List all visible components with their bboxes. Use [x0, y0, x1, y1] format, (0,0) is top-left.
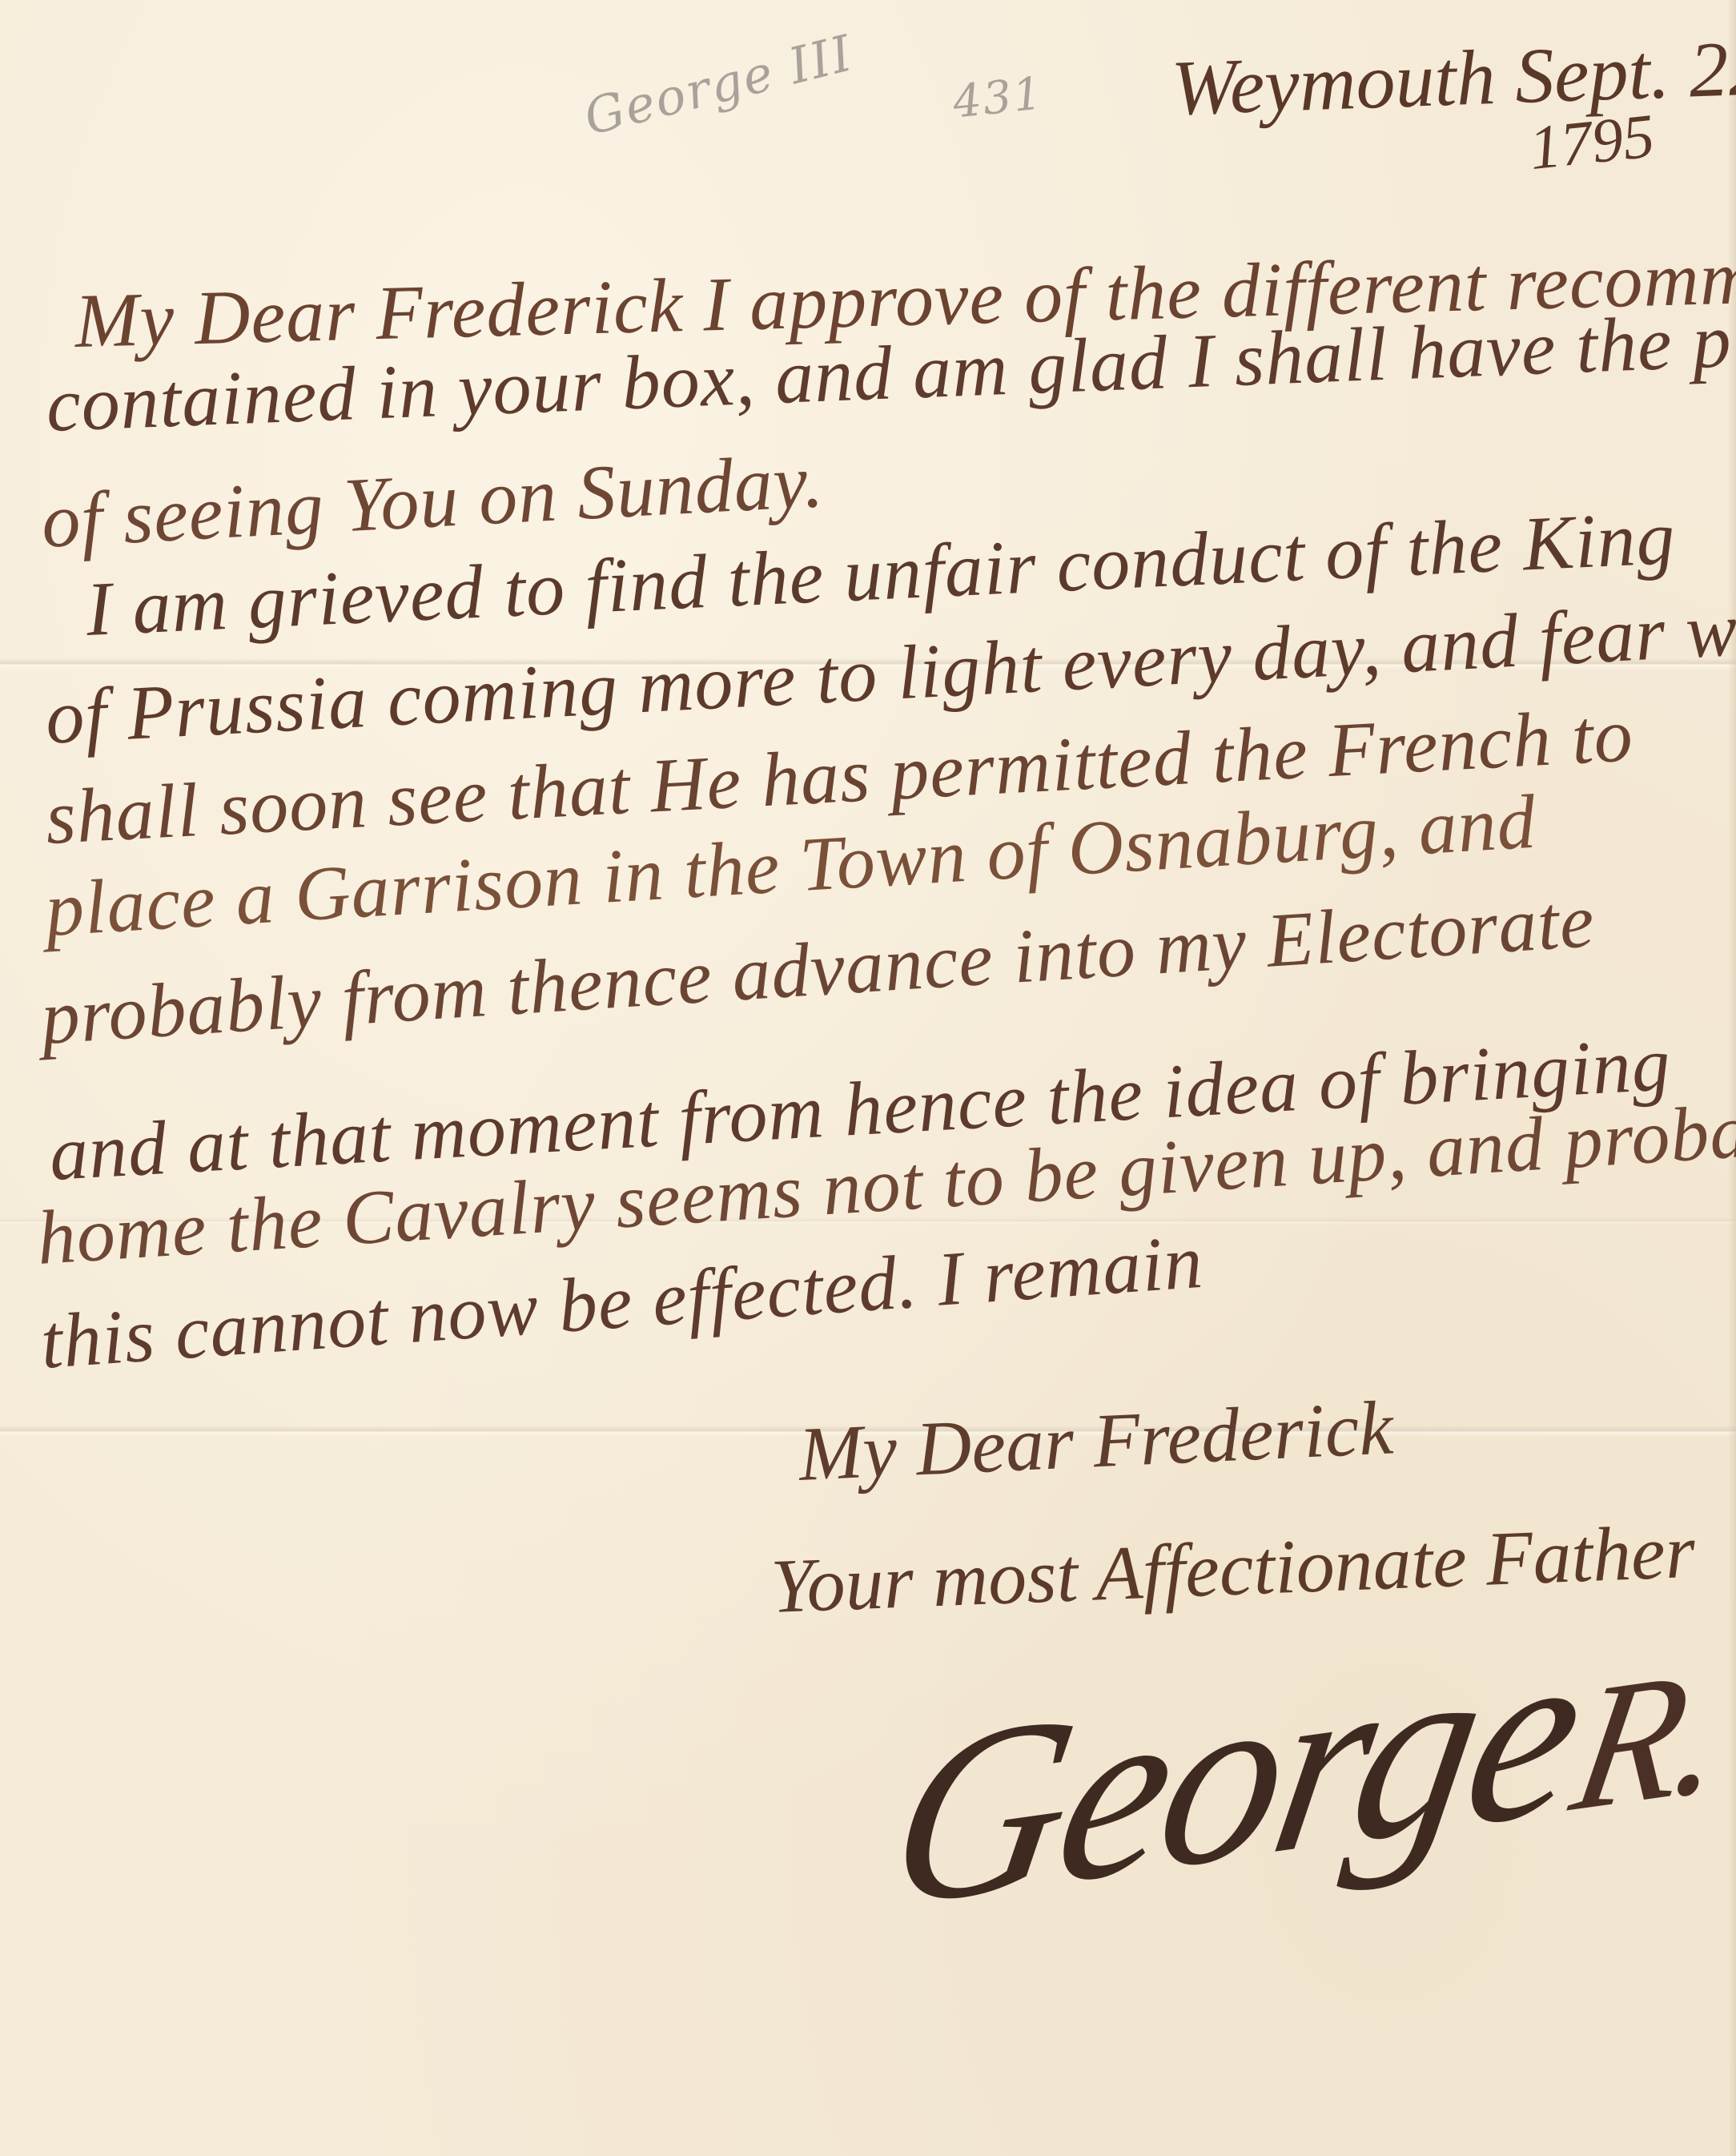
- pencil-annotation-number: 431: [950, 67, 1046, 128]
- date-year: 1795: [1526, 99, 1658, 184]
